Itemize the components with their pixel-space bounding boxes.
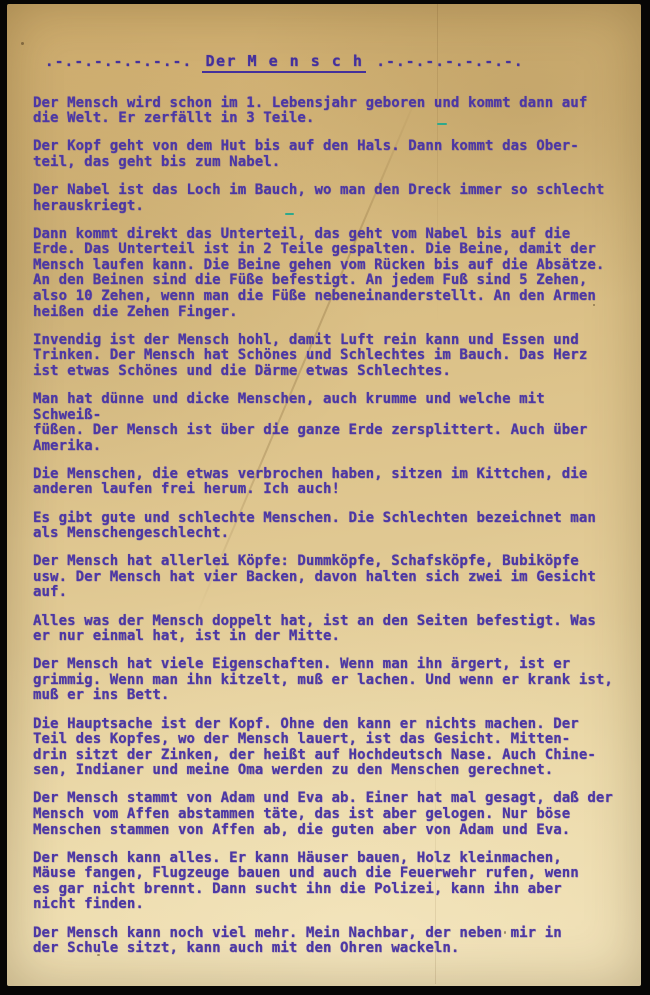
typed-paragraph: Man hat dünne und dicke Menschen, auch k…: [33, 392, 621, 454]
scanned-document: .-.-.-.-.-.-.-.Der M e n s c h.-.-.-.-.-…: [0, 0, 650, 995]
typed-paragraph: Der Kopf geht von dem Hut bis auf den Ha…: [33, 139, 621, 170]
typed-paragraph: Der Mensch kann alles. Er kann Häuser ba…: [33, 851, 621, 913]
typed-paragraph: Invendig ist der Mensch hohl, damit Luft…: [33, 333, 621, 380]
title-ornament-left: .-.-.-.-.-.-.-.: [45, 54, 192, 70]
typed-paragraph: Es gibt gute und schlechte Menschen. Die…: [33, 511, 621, 542]
title-row: .-.-.-.-.-.-.-.Der M e n s c h.-.-.-.-.-…: [45, 54, 621, 73]
page-title: Der M e n s c h: [202, 54, 366, 73]
typed-paragraph: Die Menschen, die etwas verbrochen haben…: [33, 467, 621, 498]
typed-paragraph: Dann kommt direkt das Unterteil, das geh…: [33, 227, 621, 321]
typed-paragraph: Der Mensch hat viele Eigenschaften. Wenn…: [33, 657, 621, 704]
typed-paragraph: Der Mensch wird schon im 1. Lebensjahr g…: [33, 96, 621, 127]
typed-text-area: .-.-.-.-.-.-.-.Der M e n s c h.-.-.-.-.-…: [7, 4, 641, 957]
typed-paragraph: Der Mensch kann noch viel mehr. Mein Nac…: [33, 926, 621, 957]
title-ornament-right: .-.-.-.-.-.-.-.: [376, 54, 523, 70]
typed-paragraph: Der Nabel ist das Loch im Bauch, wo man …: [33, 183, 621, 214]
paper-sheet: .-.-.-.-.-.-.-.Der M e n s c h.-.-.-.-.-…: [7, 4, 641, 986]
typed-paragraph: Die Hauptsache ist der Kopf. Ohne den ka…: [33, 717, 621, 779]
typed-paragraph: Alles was der Mensch doppelt hat, ist an…: [33, 614, 621, 645]
typed-paragraph: Der Mensch hat allerlei Köpfe: Dummköpfe…: [33, 554, 621, 601]
typed-paragraph: Der Mensch stammt von Adam und Eva ab. E…: [33, 791, 621, 838]
